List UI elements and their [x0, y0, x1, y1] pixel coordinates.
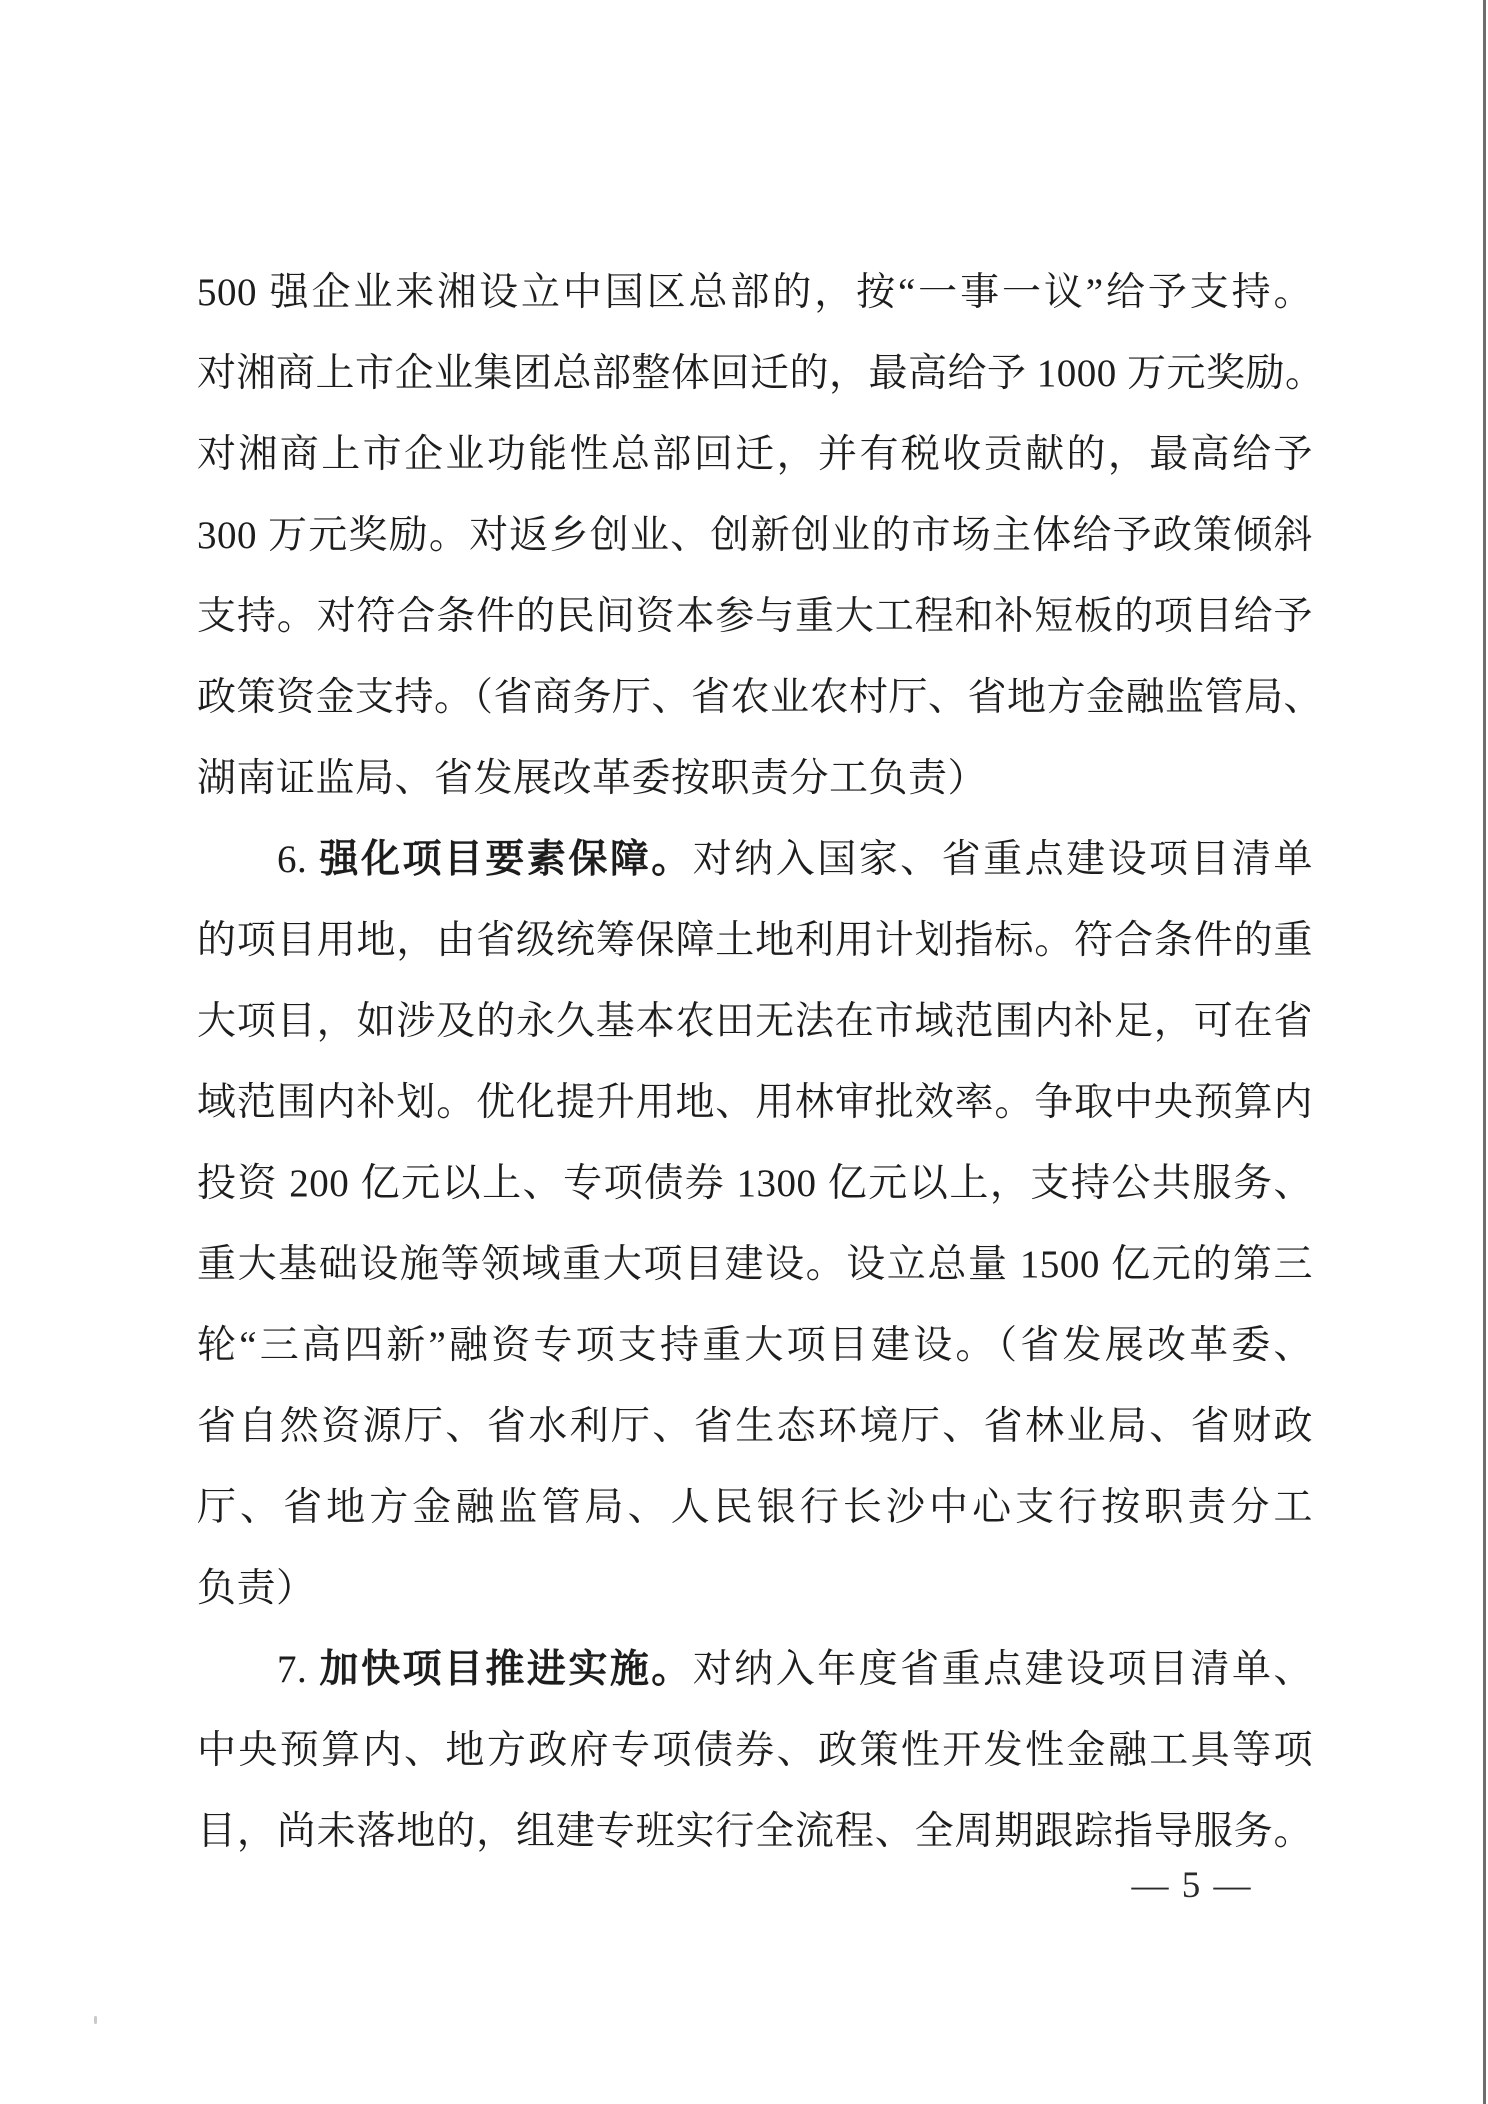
text-block: 500 强企业来湘设立中国区总部的，按“一事一议”给予支持。对湘商上市企业集团总…	[197, 252, 1313, 1872]
text-segment: 对湘商上市企业集团总部整体回迁的，最高给予 1000 万元奖励。	[197, 352, 1325, 395]
text-line: 300 万元奖励。对返乡创业、创新创业的市场主体给予政策倾斜	[197, 495, 1313, 576]
text-segment: 500 强企业来湘设立中国区总部的，按“一事一议”给予支持。	[197, 271, 1313, 314]
text-segment: 重大基础设施等领域重大项目建设。设立总量 1500 亿元的第三	[197, 1243, 1313, 1286]
text-line: 大项目，如涉及的永久基本农田无法在市域范围内补足，可在省	[197, 981, 1313, 1062]
text-line: 域范围内补划。优化提升用地、用林审批效率。争取中央预算内	[197, 1062, 1313, 1143]
text-line: 省自然资源厅、省水利厅、省生态环境厅、省林业局、省财政	[197, 1386, 1313, 1467]
text-segment: 投资 200 亿元以上、专项债券 1300 亿元以上，支持公共服务、	[197, 1162, 1313, 1205]
text-segment: 负责）	[197, 1567, 316, 1610]
text-segment: 300 万元奖励。对返乡创业、创新创业的市场主体给予政策倾斜	[197, 514, 1313, 557]
text-line: 对湘商上市企业集团总部整体回迁的，最高给予 1000 万元奖励。	[197, 333, 1313, 414]
text-segment: 政策资金支持。（省商务厅、省农业农村厅、省地方金融监管局、	[197, 676, 1323, 719]
text-line: 政策资金支持。（省商务厅、省农业农村厅、省地方金融监管局、	[197, 657, 1313, 738]
scan-edge-line	[1483, 0, 1486, 2104]
text-line: 重大基础设施等领域重大项目建设。设立总量 1500 亿元的第三	[197, 1224, 1313, 1305]
text-segment: 厅、省地方金融监管局、人民银行长沙中心支行按职责分工	[197, 1486, 1313, 1529]
text-segment: 中央预算内、地方政府专项债券、政策性开发性金融工具等项	[197, 1729, 1313, 1772]
text-segment: 域范围内补划。优化提升用地、用林审批效率。争取中央预算内	[197, 1081, 1313, 1124]
text-line: 轮“三高四新”融资专项支持重大项目建设。（省发展改革委、	[197, 1305, 1313, 1386]
text-line: 支持。对符合条件的民间资本参与重大工程和补短板的项目给予	[197, 576, 1313, 657]
text-line: 负责）	[197, 1548, 1313, 1629]
scan-speck	[94, 2016, 97, 2024]
paragraph-heading: 加快项目推进实施。	[319, 1648, 692, 1691]
text-segment: 6.	[277, 838, 319, 881]
text-segment: 湖南证监局、省发展改革委按职责分工负责）	[197, 757, 987, 800]
text-line: 7. 加快项目推进实施。对纳入年度省重点建设项目清单、	[197, 1629, 1313, 1710]
text-segment: 的项目用地，由省级统筹保障土地利用计划指标。符合条件的重	[197, 919, 1313, 962]
text-line: 对湘商上市企业功能性总部回迁，并有税收贡献的，最高给予	[197, 414, 1313, 495]
text-segment: 支持。对符合条件的民间资本参与重大工程和补短板的项目给予	[197, 595, 1313, 638]
text-line: 湖南证监局、省发展改革委按职责分工负责）	[197, 738, 1313, 819]
document-page: 500 强企业来湘设立中国区总部的，按“一事一议”给予支持。对湘商上市企业集团总…	[0, 0, 1488, 2104]
text-segment: 大项目，如涉及的永久基本农田无法在市域范围内补足，可在省	[197, 1000, 1313, 1043]
text-segment: 对湘商上市企业功能性总部回迁，并有税收贡献的，最高给予	[197, 433, 1313, 476]
page-number: — 5 —	[1104, 1864, 1280, 1908]
text-line: 投资 200 亿元以上、专项债券 1300 亿元以上，支持公共服务、	[197, 1143, 1313, 1224]
text-segment: 7.	[277, 1648, 319, 1691]
text-segment: 轮“三高四新”融资专项支持重大项目建设。（省发展改革委、	[197, 1324, 1313, 1367]
text-segment: 省自然资源厅、省水利厅、省生态环境厅、省林业局、省财政	[197, 1405, 1313, 1448]
text-line: 目，尚未落地的，组建专班实行全流程、全周期跟踪指导服务。	[197, 1791, 1313, 1872]
paragraph-heading: 强化项目要素保障。	[319, 838, 692, 881]
text-segment: 目，尚未落地的，组建专班实行全流程、全周期跟踪指导服务。	[197, 1810, 1313, 1853]
text-line: 厅、省地方金融监管局、人民银行长沙中心支行按职责分工	[197, 1467, 1313, 1548]
text-line: 中央预算内、地方政府专项债券、政策性开发性金融工具等项	[197, 1710, 1313, 1791]
text-segment: 对纳入国家、省重点建设项目清单	[693, 838, 1313, 881]
text-line: 6. 强化项目要素保障。对纳入国家、省重点建设项目清单	[197, 819, 1313, 900]
text-line: 的项目用地，由省级统筹保障土地利用计划指标。符合条件的重	[197, 900, 1313, 981]
text-line: 500 强企业来湘设立中国区总部的，按“一事一议”给予支持。	[197, 252, 1313, 333]
text-segment: 对纳入年度省重点建设项目清单、	[693, 1648, 1313, 1691]
